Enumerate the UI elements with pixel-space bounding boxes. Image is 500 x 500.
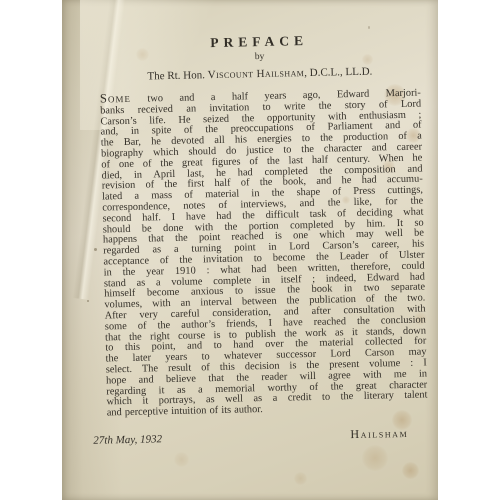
foxing-spot <box>362 445 388 471</box>
lead-word: Some <box>100 91 131 106</box>
ink-speck <box>87 300 89 302</box>
photo-background: PREFACE by The Rt. Hon. Viscount Hailsha… <box>0 0 500 500</box>
book-page: PREFACE by The Rt. Hon. Viscount Hailsha… <box>62 0 438 500</box>
foxing-spot <box>402 462 419 479</box>
signature: Hailsham <box>350 426 408 442</box>
author-byline: The Rt. Hon. Viscount Hailsham, D.C.L., … <box>99 65 420 84</box>
preface-body: Some two and a half years ago, Edward Ma… <box>100 87 428 420</box>
footer: 27th May, 1932 Hailsham <box>107 425 428 447</box>
byline-post: , D.C.L., LL.D. <box>304 66 372 79</box>
ink-speck <box>94 248 97 251</box>
ink-speck <box>368 26 370 29</box>
foxing-spot <box>174 452 189 467</box>
date-line: 27th May, 1932 <box>93 433 162 446</box>
body-lines: banks received an invitation to write th… <box>100 99 428 419</box>
byline-name: Viscount Hailsham <box>208 67 305 81</box>
foxing-spot <box>294 472 307 485</box>
page-content: PREFACE by The Rt. Hon. Viscount Hailsha… <box>99 31 429 448</box>
byline-pre: The Rt. Hon. <box>147 69 207 82</box>
